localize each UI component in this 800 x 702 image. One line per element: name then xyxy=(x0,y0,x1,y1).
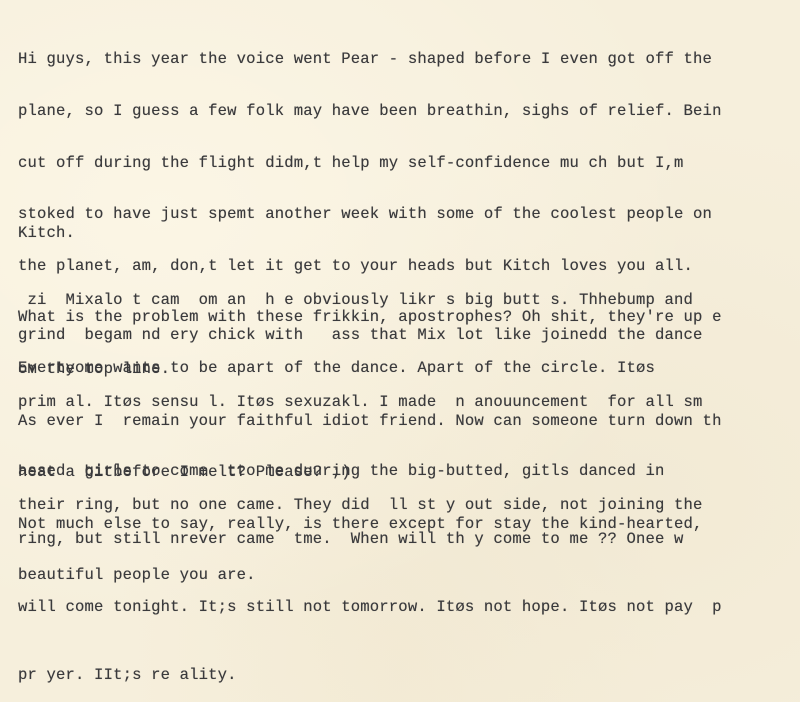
letter-line: As ever I remain your faithful idiot fri… xyxy=(18,413,722,430)
letter-line: What is the problem with these frikkin, … xyxy=(18,309,722,326)
poem-line: pr yer. IIt;s re ality. xyxy=(18,666,237,684)
poem-line: grind begam nd ery chick with ass that M… xyxy=(18,326,703,344)
letter-body: Hi guys, this year the voice went Pear -… xyxy=(18,17,722,619)
poem-line: ring, but still nrever came tme. When wi… xyxy=(18,530,684,548)
letter-line: the planet, am, don,t let it get to your… xyxy=(18,258,722,275)
letter-line: cut off during the flight didm,t help my… xyxy=(18,155,722,172)
poem-line: their ring, but no one came. They did ll… xyxy=(18,496,703,514)
letter-line: stoked to have just spemt another week w… xyxy=(18,206,722,223)
poem-line: zi Mixalo t cam om an h e obviously likr… xyxy=(18,291,693,309)
poem-line: prim al. Itøs sensu l. Itøs sexuzakl. I … xyxy=(18,393,703,411)
poem-body: zi Mixalo t cam om an h e obviously likr… xyxy=(18,0,56,252)
typewritten-page: Hi guys, this year the voice went Pear -… xyxy=(0,0,800,702)
letter-line: beautiful people you are. xyxy=(18,567,722,584)
letter-line: plane, so I guess a few folk may have be… xyxy=(18,103,722,120)
poem-line: Evertyome wants to be apart of the dance… xyxy=(18,359,655,377)
poem-line: assed girls to come tto me duuring the b… xyxy=(18,462,665,480)
poem-line: will come tonight. It;s still not tomorr… xyxy=(18,598,722,616)
letter-line: Hi guys, this year the voice went Pear -… xyxy=(18,51,722,68)
